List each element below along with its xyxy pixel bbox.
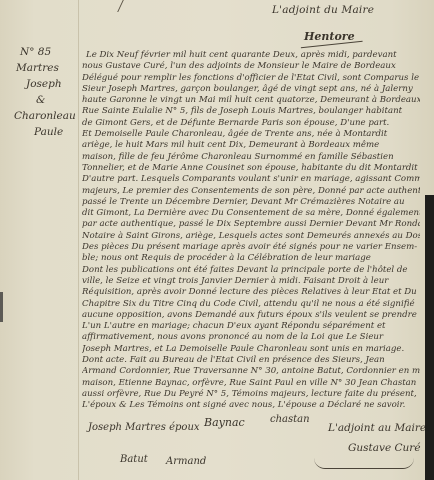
scan-edge-patch bbox=[0, 292, 3, 322]
body-line: Armand Cordonnier, Rue Traversanne N° 30… bbox=[82, 366, 420, 377]
body-line: Délégué pour remplir les fonctions d'off… bbox=[82, 73, 420, 84]
adjoint-signature: Hentore bbox=[304, 30, 355, 43]
witness-signature-armand: Armand bbox=[166, 456, 206, 467]
body-line: maison, Etienne Baynac, orfèvre, Rue Sai… bbox=[82, 378, 420, 389]
body-line: Chapitre Six du Titre Cinq du Code Civil… bbox=[82, 299, 420, 310]
body-line: Joseph Martres, et La Demoiselle Paule C… bbox=[82, 344, 420, 355]
body-line: aucune opposition, avons Demandé aux fut… bbox=[82, 310, 420, 321]
body-line: ville, le Seize et vingt trois Janvier D… bbox=[82, 276, 420, 287]
act-body: Le Dix Neuf février mil huit cent quaran… bbox=[82, 50, 420, 412]
body-line: D'autre part. Lesquels Comparants voulan… bbox=[82, 174, 420, 185]
margin-rule bbox=[78, 0, 79, 480]
body-line: Le Dix Neuf février mil huit cent quaran… bbox=[82, 50, 420, 61]
body-line: ble; nous ont Requis de procéder à la Cé… bbox=[82, 253, 420, 264]
scan-edge-band bbox=[425, 195, 434, 480]
officer-signature: Gustave Curé bbox=[348, 442, 421, 454]
body-line: L'un L'autre en mariage; chacun D'eux ay… bbox=[82, 321, 420, 332]
body-line: affirmativement, nous avons prononcé au … bbox=[82, 332, 420, 343]
body-line: Réquisition, après avoir Donné lecture d… bbox=[82, 287, 420, 298]
body-line: majeurs, Le premier des Consentements de… bbox=[82, 186, 420, 197]
bride-firstname: Paule bbox=[34, 124, 76, 140]
connector: & bbox=[36, 92, 76, 108]
margin-notes: N° 85 Martres Joseph & Charonleau Paule bbox=[14, 44, 76, 140]
register-page: L'adjoint du Maire Hentore N° 85 Martres… bbox=[0, 0, 434, 480]
body-line: maison, fille de feu Jérôme Charonleau S… bbox=[82, 152, 420, 163]
body-line: Dont acte. Fait au Bureau de l'Etat Civi… bbox=[82, 355, 420, 366]
body-line: aussi orfèvre, Rue Du Peyré N° 5, Témoin… bbox=[82, 389, 420, 400]
witness-signature-batut: Batut bbox=[120, 454, 148, 465]
body-line: nous Gustave Curé, l'un des adjoints de … bbox=[82, 61, 420, 72]
body-line: passé le Trente un Décembre Dernier, Dev… bbox=[82, 197, 420, 208]
body-line: Tonnelier, et de Marie Anne Cousinet son… bbox=[82, 163, 420, 174]
adjoint-label: L'adjoint du Maire bbox=[272, 4, 374, 16]
body-line: par acte authentique, passé le Dix Septe… bbox=[82, 219, 420, 230]
bride-surname: Charonleau bbox=[14, 108, 76, 124]
body-line: haute Garonne le vingt un Mai mil huit c… bbox=[82, 95, 420, 106]
officer-title: L'adjoint au Maire bbox=[328, 422, 426, 434]
signature-flourish bbox=[314, 458, 414, 469]
groom-signature: Joseph Martres époux bbox=[88, 422, 200, 433]
previous-signature-tail bbox=[117, 0, 154, 12]
act-number: N° 85 bbox=[20, 44, 76, 60]
witness-signature-chastan: chastan bbox=[270, 414, 310, 425]
witness-signature-baynac: Baynac bbox=[204, 416, 245, 429]
body-line: L'époux & Les Témoins ont signé avec nou… bbox=[82, 400, 420, 411]
body-line: ariège, le huit Mars mil huit cent Dix, … bbox=[82, 140, 420, 151]
body-line: Sieur Joseph Martres, garçon boulanger, … bbox=[82, 84, 420, 95]
body-line: Et Demoiselle Paule Charonleau, âgée de … bbox=[82, 129, 420, 140]
body-line: Rue Sainte Eulalie N° 5, fils de Joseph … bbox=[82, 106, 420, 117]
body-line: de Gimont Gers, et de Défunte Bernarde P… bbox=[82, 118, 420, 129]
body-line: Dont les publications ont été faites Dev… bbox=[82, 265, 420, 276]
body-line: dit Gimont, La Dernière avec Du Consente… bbox=[82, 208, 420, 219]
signature-block: Joseph Martres époux Baynac chastan Batu… bbox=[84, 414, 424, 480]
groom-surname: Martres bbox=[16, 60, 76, 76]
body-line: Des pièces Du présent mariage après avoi… bbox=[82, 242, 420, 253]
body-line: Notaire à Saint Girons, ariège, Lesquels… bbox=[82, 231, 420, 242]
groom-firstname: Joseph bbox=[26, 76, 76, 92]
